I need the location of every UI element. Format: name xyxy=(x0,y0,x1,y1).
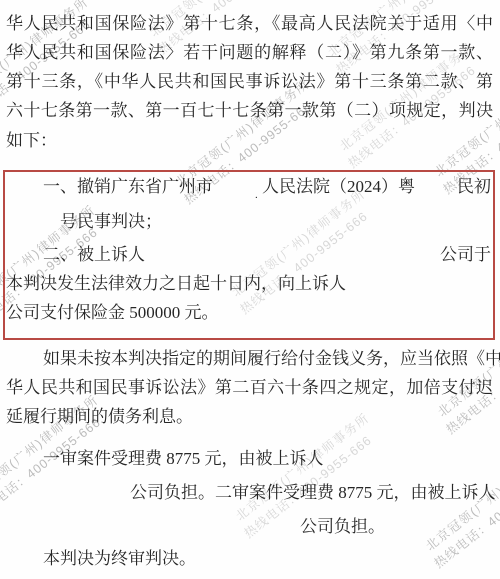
redaction-dot: . xyxy=(255,185,258,205)
final-judgment-line: 本判决为终审判决。 xyxy=(43,549,493,569)
judgment-item-1-text: 一、撤销广东省广州市 xyxy=(43,177,213,197)
fee-line: 公司负担。 xyxy=(300,517,493,537)
judgment-item-1-court: 人民法院（2024）粤 xyxy=(262,177,415,197)
fee-line: 一审案件受理费 8775 元，由被上诉人 xyxy=(43,449,493,469)
intro-line: 六十七条第一款、第一百七十七条第一款第（二）项规定，判决 xyxy=(6,101,493,121)
interest-clause-line: 延履行期间的债务利息。 xyxy=(6,407,493,427)
intro-line: 第十三条，《中华人民共和国民事诉讼法》第十三条第二款、第 xyxy=(6,72,493,92)
intro-line: 华人民共和国保险法〉若干问题的解释（二）》第九条第一款、 xyxy=(6,43,493,63)
judgment-item-2-line2: 本判决发生法律效力之日起十日内，向上诉人 xyxy=(6,274,493,294)
judgment-item-2-line3: 公司支付保险金 500000 元。 xyxy=(6,303,493,323)
intro-line: 华人民共和国保险法》第十七条，《最高人民法院关于适用〈中 xyxy=(6,14,493,34)
fee-line: 公司负担。二审案件受理费 8775 元，由被上诉人 xyxy=(130,483,493,503)
judgment-item-2-company: 公司于 xyxy=(440,245,491,265)
watermark: 北京冠领(广州)律师事务所 热线电话：400-9955-666 xyxy=(324,0,477,76)
interest-clause-line: 如果未按本判决指定的期间履行给付金钱义务，应当依照《中 xyxy=(43,349,493,369)
judgment-item-1-case: 民初 xyxy=(457,177,491,197)
intro-line: 如下： xyxy=(6,131,493,151)
judgment-document-page: 北京冠领(广州)律师事务所 热线电话：400-9955-666 北京冠领(广州)… xyxy=(0,0,500,579)
judgment-item-1-line2: 号民事判决； xyxy=(60,212,493,232)
interest-clause-line: 华人民共和国民事诉讼法》第二百六十条四之规定，加倍支付迟 xyxy=(6,378,493,398)
judgment-item-2-text: 二、被上诉人 xyxy=(43,245,145,265)
watermark-hotline: 热线电话：400-9955-666 xyxy=(332,0,477,79)
